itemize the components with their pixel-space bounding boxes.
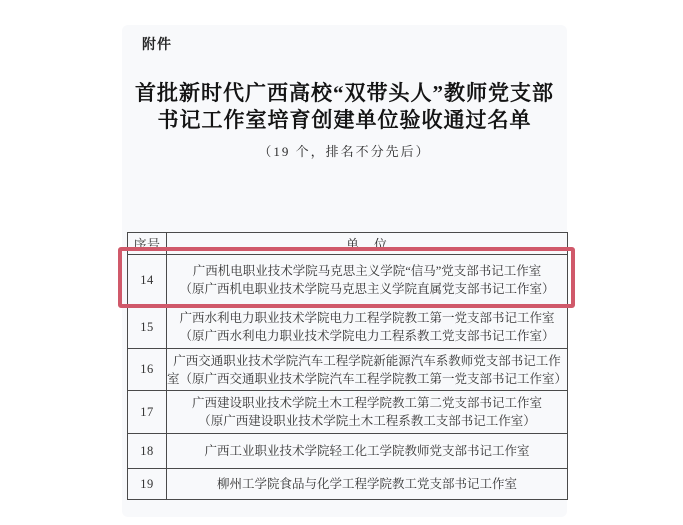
unit-line-1: 广西水利电力职业技术学院电力工程学院教工第一党支部书记工作室 xyxy=(179,309,554,327)
title-line-2: 书记工作室培育创建单位验收通过名单 xyxy=(122,107,567,134)
unit-line-1: 广西机电职业技术学院马克思主义学院“信马”党支部书记工作室 xyxy=(193,262,542,280)
unit-cell: 广西交通职业技术学院汽车工程学院新能源汽车系教师党支部书记工作 室（原广西交通职… xyxy=(167,349,567,390)
unit-line-2: 室（原广西交通职业技术学院汽车工程学院教工第一党支部书记工作室） xyxy=(167,370,567,388)
unit-cell: 柳州工学院食品与化学工程学院教工党支部书记工作室 xyxy=(167,469,567,499)
row-number-cell: 16 xyxy=(128,349,167,390)
unit-line-1: 广西建设职业技术学院土木工程学院教工第二党支部书记工作室 xyxy=(192,394,542,412)
row-number-cell: 19 xyxy=(128,469,167,499)
header-cell-unit: 单 位 xyxy=(167,233,567,254)
attachment-label: 附件 xyxy=(142,34,172,54)
row-number-cell: 14 xyxy=(128,255,167,305)
unit-cell: 广西水利电力职业技术学院电力工程学院教工第一党支部书记工作室 （原广西水利电力职… xyxy=(167,306,567,348)
document-subtitle: （19 个，排名不分先后） xyxy=(122,141,567,160)
unit-cell: 广西建设职业技术学院土木工程学院教工第二党支部书记工作室 （原广西建设职业技术学… xyxy=(167,391,567,433)
table-row-17: 17 广西建设职业技术学院土木工程学院教工第二党支部书记工作室 （原广西建设职业… xyxy=(128,390,567,433)
row-number-cell: 18 xyxy=(128,434,167,468)
title-line-1: 首批新时代广西高校“双带头人”教师党支部 xyxy=(122,80,567,107)
table-row-15: 15 广西水利电力职业技术学院电力工程学院教工第一党支部书记工作室 （原广西水利… xyxy=(128,305,567,348)
row-number-cell: 15 xyxy=(128,306,167,348)
table-row-14: 14 广西机电职业技术学院马克思主义学院“信马”党支部书记工作室 （原广西机电职… xyxy=(128,254,567,305)
unit-line-1: 广西交通职业技术学院汽车工程学院新能源汽车系教师党支部书记工作 xyxy=(173,352,561,370)
unit-line-1: 柳州工学院食品与化学工程学院教工党支部书记工作室 xyxy=(217,475,517,493)
table-row-16: 16 广西交通职业技术学院汽车工程学院新能源汽车系教师党支部书记工作 室（原广西… xyxy=(128,348,567,390)
header-cell-no: 序号 xyxy=(128,233,167,254)
units-table: 序号 单 位 14 广西机电职业技术学院马克思主义学院“信马”党支部书记工作室 … xyxy=(127,232,568,500)
row-number-cell: 17 xyxy=(128,391,167,433)
document-card: 附件 首批新时代广西高校“双带头人”教师党支部 书记工作室培育创建单位验收通过名… xyxy=(122,25,567,517)
table-row-18: 18 广西工业职业技术学院轻工化工学院教师党支部书记工作室 xyxy=(128,433,567,468)
page-background: 附件 首批新时代广西高校“双带头人”教师党支部 书记工作室培育创建单位验收通过名… xyxy=(0,0,683,525)
table-header-row: 序号 单 位 xyxy=(128,233,567,254)
unit-line-2: （原广西水利电力职业技术学院电力工程系教工党支部书记工作室） xyxy=(179,327,554,345)
unit-cell: 广西机电职业技术学院马克思主义学院“信马”党支部书记工作室 （原广西机电职业技术… xyxy=(167,255,567,305)
unit-line-1: 广西工业职业技术学院轻工化工学院教师党支部书记工作室 xyxy=(204,442,529,460)
unit-line-2: （原广西建设职业技术学院土木工程系教工支部书记工作室） xyxy=(198,412,536,430)
document-title: 首批新时代广西高校“双带头人”教师党支部 书记工作室培育创建单位验收通过名单 xyxy=(122,80,567,134)
unit-line-2: （原广西机电职业技术学院马克思主义学院直属党支部书记工作室） xyxy=(179,280,554,298)
table-row-19: 19 柳州工学院食品与化学工程学院教工党支部书记工作室 xyxy=(128,468,567,499)
unit-cell: 广西工业职业技术学院轻工化工学院教师党支部书记工作室 xyxy=(167,434,567,468)
